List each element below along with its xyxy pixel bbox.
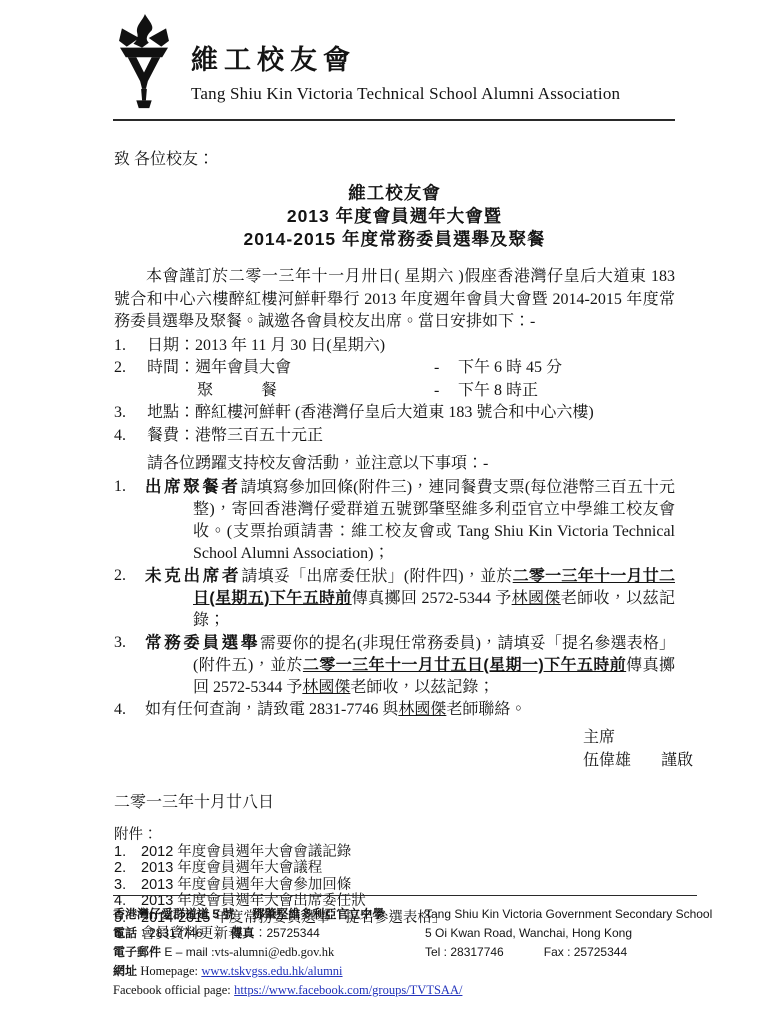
detail-row-fee: 4. 餐費：港幣三百五十元正 bbox=[114, 425, 675, 448]
teacher-name: 林國傑 bbox=[398, 701, 446, 718]
homepage-label-zh: 網址 bbox=[113, 964, 137, 978]
detail-venue: 地點：醉紅樓河鮮軒 (香港灣仔皇后大道東 183 號合和中心六樓) bbox=[147, 402, 594, 425]
footer-homepage: 網址 Homepage: www.tskvgss.edu.hk/alumni bbox=[113, 962, 425, 981]
attachments-title: 附件： bbox=[114, 827, 675, 844]
footer-right-column: Tang Shiu Kin Victoria Government Second… bbox=[425, 905, 697, 1000]
tel-label: 電話 bbox=[113, 926, 137, 940]
detail-time-label: 時間：週年會員大會 bbox=[147, 357, 434, 380]
title-line-2: 2013 年度會員週年大會暨 bbox=[114, 205, 675, 228]
signature-name: 伍偉雄 bbox=[583, 752, 631, 769]
notice-text: 請填寫參加回條(附件三)，連同餐費支票(每位港幣三百五十元整)，寄回香港灣仔愛群… bbox=[193, 479, 675, 562]
intro-paragraph: 本會謹訂於二零一三年十一月卅日( 星期六 )假座香港灣仔皇后大道東 183 號合… bbox=[114, 266, 675, 334]
teacher-name: 林國傑 bbox=[302, 679, 350, 696]
signature-title: 主席 bbox=[583, 726, 770, 749]
notice-number: 4. bbox=[114, 699, 145, 721]
school-name-zh: 鄧肇堅維多利亞官立中學 bbox=[252, 907, 384, 921]
address-zh: 香港灣仔愛群道道 5 號 bbox=[113, 907, 234, 921]
notice-text: 如有任何查詢，請致電 2831-7746 與 bbox=[145, 701, 398, 718]
email-address: :vts-alumni@edb.gov.hk bbox=[211, 945, 334, 959]
attachment-number: 2. bbox=[114, 860, 141, 877]
detail-fee: 餐費：港幣三百五十元正 bbox=[147, 425, 323, 448]
footer-address-zh: 香港灣仔愛群道道 5 號鄧肇堅維多利亞官立中學 bbox=[113, 905, 425, 924]
footer-divider bbox=[113, 895, 697, 896]
attachment-item: 3. 2013 年度會員週年大會參加回條 bbox=[114, 877, 675, 894]
teacher-name: 林國傑 bbox=[512, 590, 561, 607]
footer-email: 電子郵件 E – mail :vts-alumni@edb.gov.hk bbox=[113, 943, 425, 962]
footer-facebook: Facebook official page: https://www.face… bbox=[113, 981, 425, 1000]
salutation: 致 各位校友： bbox=[114, 146, 675, 169]
detail-date: 日期：2013 年 11 月 30 日(星期六) bbox=[147, 335, 385, 358]
detail-dinner-label: 聚 餐 bbox=[147, 380, 434, 403]
notice-text: 老師聯絡。 bbox=[446, 701, 526, 718]
org-name-en: Tang Shiu Kin Victoria Technical School … bbox=[191, 84, 620, 104]
attachment-text: 2012 年度會員週年大會會議記錄 bbox=[141, 844, 351, 861]
notice-lead: 常務委員選舉 bbox=[145, 634, 260, 652]
fax-value: ：25725344 bbox=[254, 926, 319, 940]
attachment-number: 3. bbox=[114, 877, 141, 894]
notice-text: 傳真擲回 2572-5344 予 bbox=[352, 590, 512, 607]
facebook-label: Facebook official page: bbox=[113, 983, 231, 997]
title-line-1: 維工校友會 bbox=[114, 182, 675, 205]
tel-en: Tel : 28317746 bbox=[425, 945, 504, 959]
dash: - bbox=[434, 357, 458, 380]
torch-logo-icon bbox=[113, 14, 175, 110]
notice-number: 2. bbox=[114, 565, 145, 632]
detail-row-venue: 3. 地點：醉紅樓河鮮軒 (香港灣仔皇后大道東 183 號合和中心六樓) bbox=[114, 402, 675, 425]
notice-number: 1. bbox=[114, 476, 145, 565]
org-name-zh: 維工校友會 bbox=[191, 38, 620, 77]
attachment-text: 2013 年度會員週年大會議程 bbox=[141, 860, 322, 877]
notice-list: 1. 出席聚餐者請填寫參加回條(附件三)，連同餐費支票(每位港幣三百五十元整)，… bbox=[114, 476, 675, 721]
school-name-en: Tang Shiu Kin Victoria Government Second… bbox=[425, 905, 697, 924]
detail-number: 2. bbox=[114, 357, 147, 380]
email-label-zh: 電子郵件 bbox=[113, 945, 161, 959]
fax-en: Fax : 25725344 bbox=[544, 945, 627, 959]
notice-lead: 出席聚餐者 bbox=[145, 478, 240, 496]
notice-item-enquiry: 4. 如有任何查詢，請致電 2831-7746 與林國傑老師聯絡。 bbox=[114, 699, 675, 721]
notice-text: 老師收，以茲記錄； bbox=[350, 679, 494, 696]
address-en: 5 Oi Kwan Road, Wanchai, Hong Kong bbox=[425, 924, 697, 943]
homepage-link[interactable]: www.tskvgss.edu.hk/alumni bbox=[201, 964, 342, 978]
notice-body: 如有任何查詢，請致電 2831-7746 與林國傑老師聯絡。 bbox=[145, 699, 675, 721]
attachment-item: 1. 2012 年度會員週年大會會議記錄 bbox=[114, 844, 675, 861]
notice-lead: 未克出席者 bbox=[145, 567, 241, 585]
tel-value: ：28317746 bbox=[137, 926, 202, 940]
notice-item-election: 3. 常務委員選舉需要你的提名(非現任常務委員)，請填妥「提名參選表格」(附件五… bbox=[114, 632, 675, 699]
notice-intro: 請各位踴躍支持校友會活動，並注意以下事項：- bbox=[147, 453, 675, 475]
homepage-label-en: Homepage: bbox=[140, 964, 198, 978]
notice-text: 請填妥「出席委任狀」(附件四)，並於 bbox=[241, 568, 512, 585]
letter-date: 二零一三年十月廿八日 bbox=[114, 789, 675, 812]
footer-tel-fax-en: Tel : 28317746Fax : 25725344 bbox=[425, 943, 697, 962]
attachment-number: 1. bbox=[114, 844, 141, 861]
fax-label: 傳真 bbox=[230, 926, 254, 940]
detail-number: 4. bbox=[114, 425, 147, 448]
dash: - bbox=[434, 380, 458, 403]
attachment-item: 2. 2013 年度會員週年大會議程 bbox=[114, 860, 675, 877]
detail-number: 1. bbox=[114, 335, 147, 358]
notice-body: 未克出席者請填妥「出席委任狀」(附件四)，並於二零一三年十一月廿二日(星期五)下… bbox=[145, 565, 675, 632]
title-line-3: 2014-2015 年度常務委員選舉及聚餐 bbox=[114, 228, 675, 251]
email-label-en: E – mail bbox=[164, 945, 207, 959]
letter-title: 維工校友會 2013 年度會員週年大會暨 2014-2015 年度常務委員選舉及… bbox=[114, 182, 675, 251]
signature-closing: 謹啟 bbox=[661, 752, 693, 769]
detail-time-value: 下午 6 時 45 分 bbox=[458, 357, 562, 380]
signature-block: 主席 伍偉雄謹啟 bbox=[583, 726, 770, 772]
event-details-list: 1. 日期：2013 年 11 月 30 日(星期六) 2. 時間：週年會員大會… bbox=[114, 335, 675, 448]
footer: 香港灣仔愛群道道 5 號鄧肇堅維多利亞官立中學 電話：28317746傳真：25… bbox=[113, 895, 697, 1000]
signature-name-row: 伍偉雄謹啟 bbox=[583, 749, 770, 772]
notice-item-proxy: 2. 未克出席者請填妥「出席委任狀」(附件四)，並於二零一三年十一月廿二日(星期… bbox=[114, 565, 675, 632]
footer-tel-fax-zh: 電話：28317746傳真：25725344 bbox=[113, 924, 425, 943]
attachment-text: 2013 年度會員週年大會參加回條 bbox=[141, 877, 351, 894]
footer-left-column: 香港灣仔愛群道道 5 號鄧肇堅維多利亞官立中學 電話：28317746傳真：25… bbox=[113, 905, 425, 1000]
notice-item-dinner: 1. 出席聚餐者請填寫參加回條(附件三)，連同餐費支票(每位港幣三百五十元整)，… bbox=[114, 476, 675, 565]
deadline-text: 二零一三年十一月廿五日(星期一)下午五時前 bbox=[303, 657, 626, 674]
notice-body: 出席聚餐者請填寫參加回條(附件三)，連同餐費支票(每位港幣三百五十元整)，寄回香… bbox=[145, 476, 675, 565]
detail-row-time: 2. 時間：週年會員大會 - 下午 6 時 45 分 bbox=[114, 357, 675, 380]
detail-row-date: 1. 日期：2013 年 11 月 30 日(星期六) bbox=[114, 335, 675, 358]
letter-page: 維工校友會 Tang Shiu Kin Victoria Technical S… bbox=[0, 0, 770, 1024]
detail-dinner-value: 下午 8 時正 bbox=[458, 380, 538, 403]
org-names: 維工校友會 Tang Shiu Kin Victoria Technical S… bbox=[191, 14, 620, 104]
letterhead: 維工校友會 Tang Shiu Kin Victoria Technical S… bbox=[0, 0, 770, 110]
notice-number: 3. bbox=[114, 632, 145, 699]
notice-body: 常務委員選舉需要你的提名(非現任常務委員)，請填妥「提名參選表格」(附件五)，並… bbox=[145, 632, 675, 699]
detail-number: 3. bbox=[114, 402, 147, 425]
detail-row-dinner: 聚 餐 - 下午 8 時正 bbox=[114, 380, 675, 403]
header-divider bbox=[113, 119, 675, 121]
